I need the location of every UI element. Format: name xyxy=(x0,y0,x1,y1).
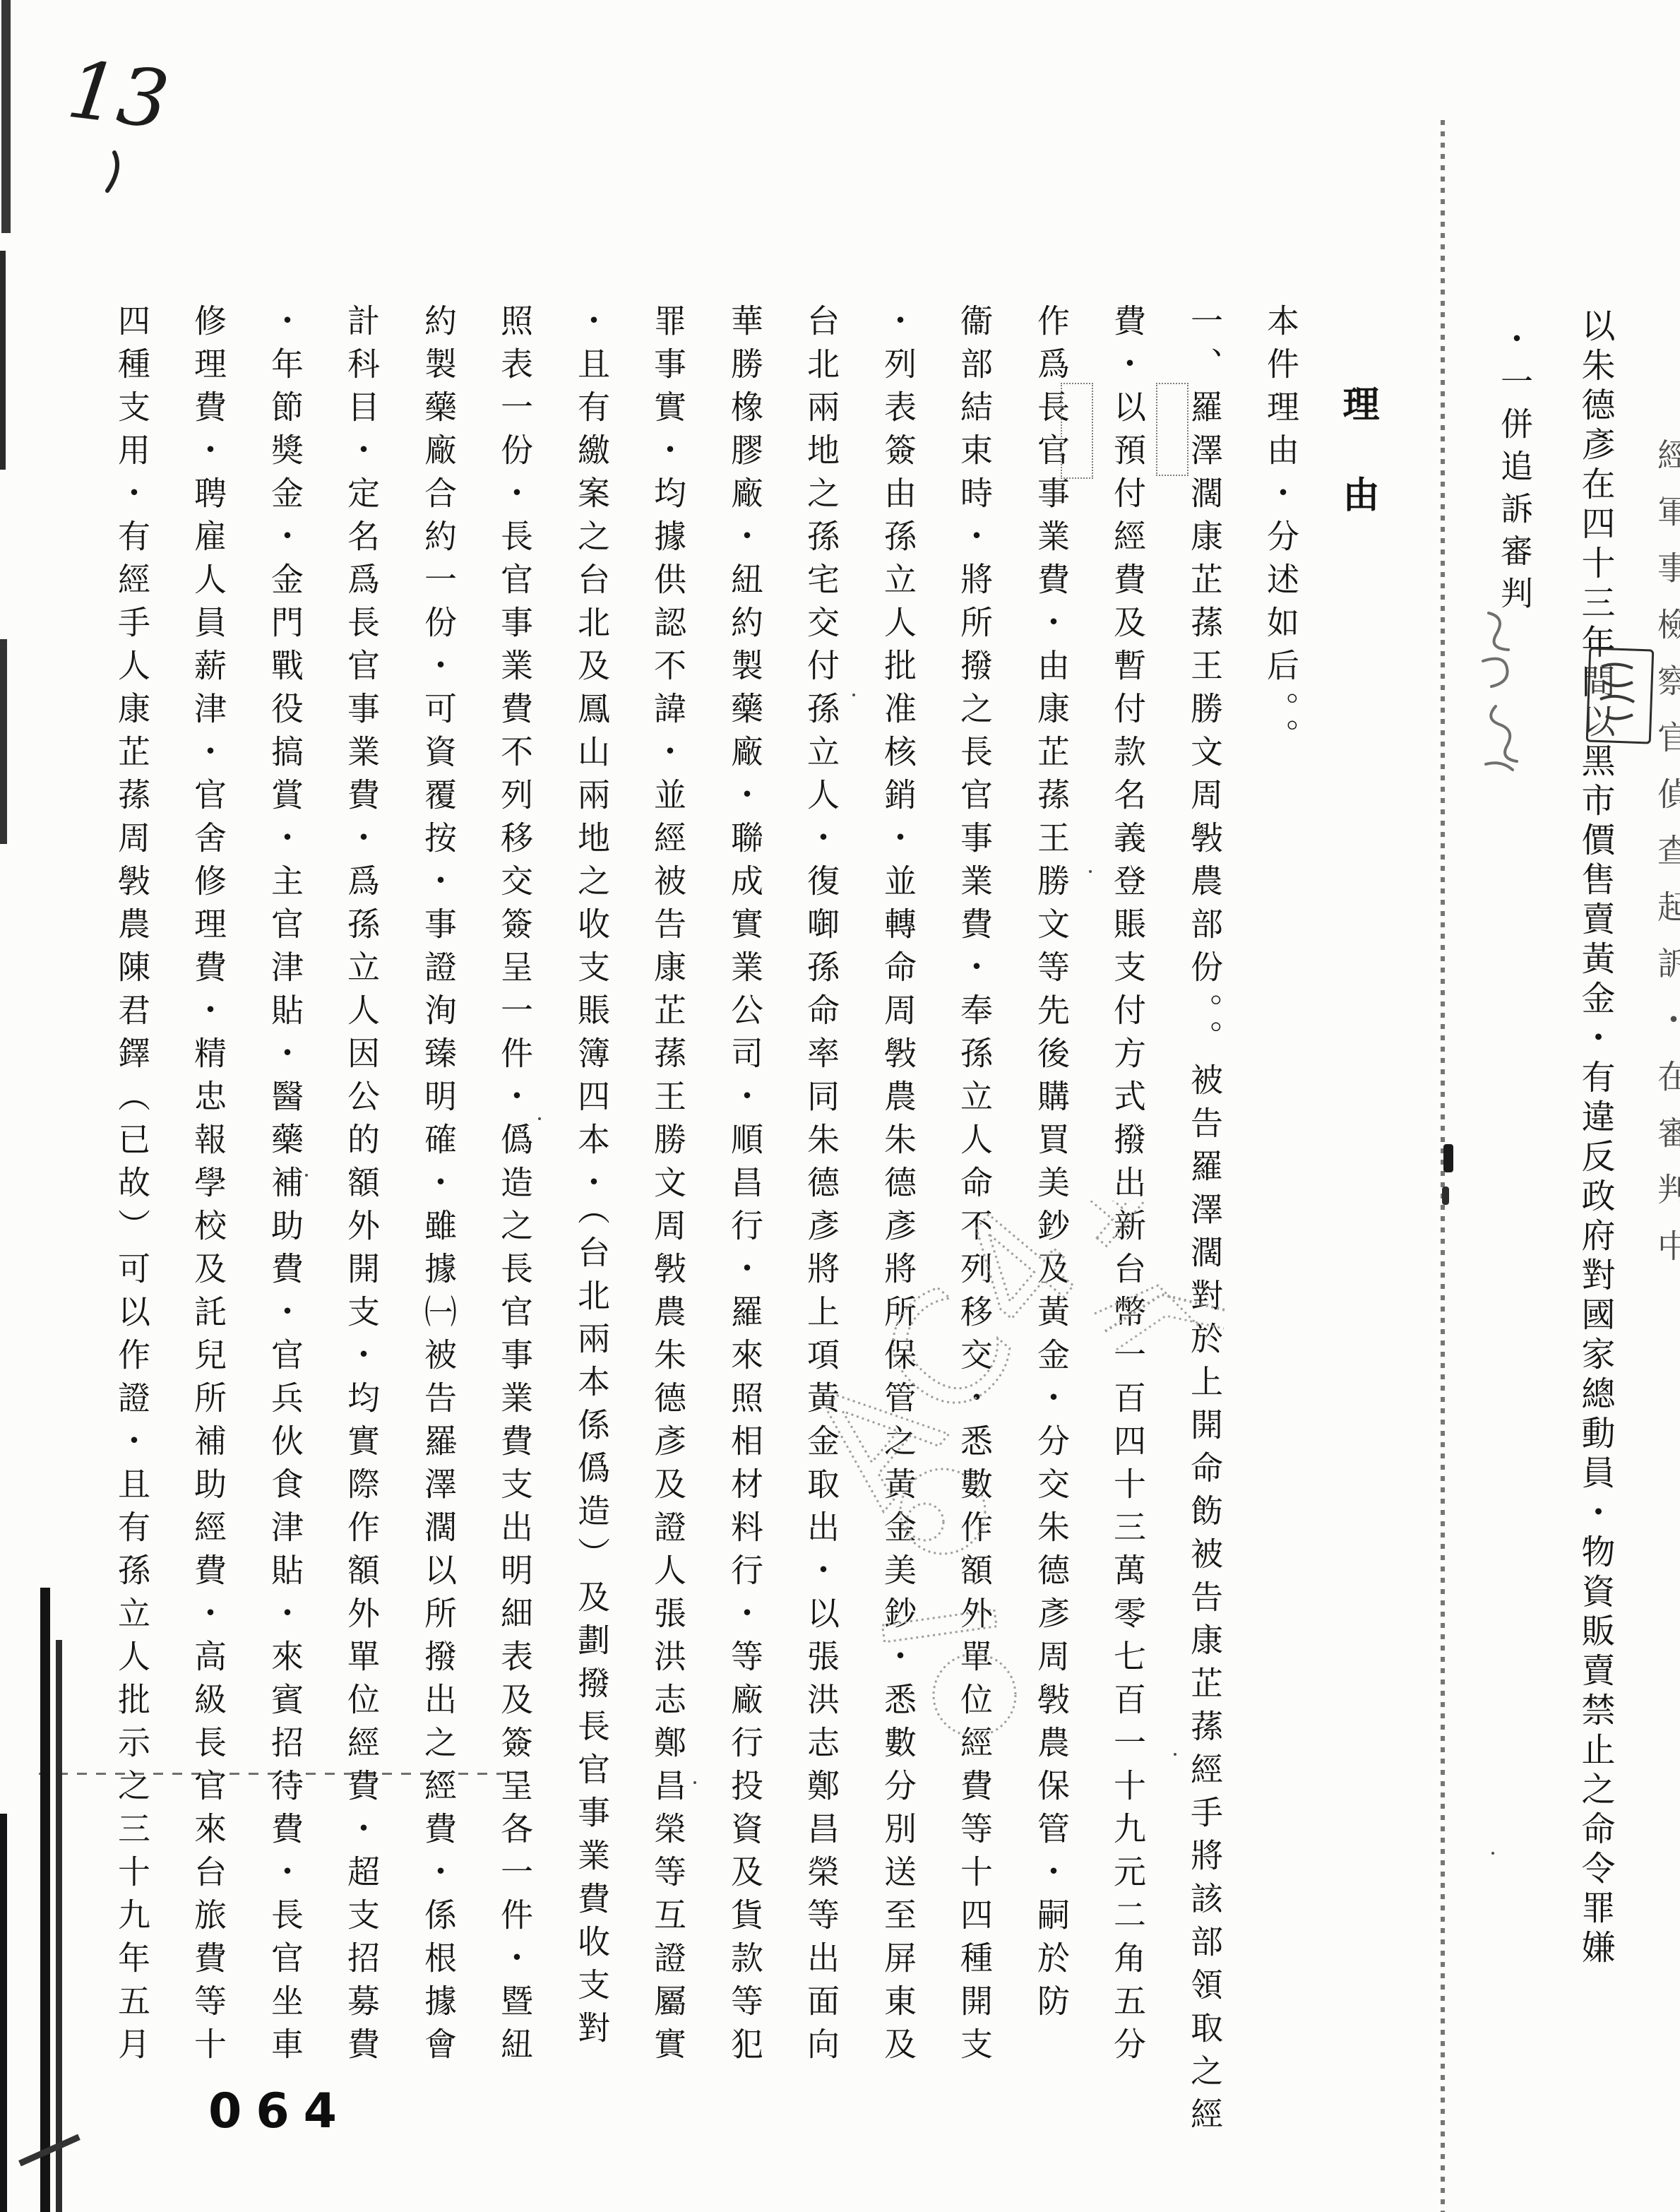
body-column-12: 約製藥廠合約一份・可資覆按・事證洵臻明確・雖據㈠被告羅澤濶以所撥出之經費・係根據… xyxy=(421,304,462,2070)
body-column-11: 照表一份・長官事業費不列移交簽呈一件・僞造之長官事業費支出明細表及簽呈各一件・暨… xyxy=(497,304,538,2070)
scan-artifact-bottom-1 xyxy=(40,1588,50,2212)
appended-note-column: ・一併追訴審判 xyxy=(1499,322,1538,619)
body-column-7: 台北兩地之孫宅交付孫立人・復啣孫命率同朱德彥將上項黃金取出・以張洪志鄭昌榮等出面… xyxy=(804,304,845,2070)
speck xyxy=(305,1174,308,1177)
scan-artifact-left-2 xyxy=(0,251,6,470)
speck xyxy=(1089,870,1092,873)
scan-artifact-top-left xyxy=(1,0,11,233)
speck xyxy=(1174,1753,1176,1756)
speck xyxy=(1491,1852,1494,1855)
body-column-15: 修理費・聘雇人員薪津・官舍修理費・精忠報學校及託兒所補助經費・高級長官來台旅費等… xyxy=(191,304,232,2070)
charge-note-column: 以朱德彥在四十三年間以黑市價售賣黃金・有違反政府對國家總動員・物資販賣禁止之命令… xyxy=(1579,308,1620,1969)
page-number: 064 xyxy=(208,2083,351,2139)
handwritten-note: 13 xyxy=(63,44,174,147)
speck xyxy=(453,1442,456,1445)
body-column-10: ・且有繳案之台北及鳳山兩地之收支賬簿四本・（台北兩本係僞造）及劃撥長官事業費收支… xyxy=(574,304,615,2054)
scan-artifact-bottom-2 xyxy=(56,1640,62,2212)
body-column-5: 衞部結束時・將所撥之長官事業費・奉孫立人命不列移交・悉數作額外單位經費等十四種開… xyxy=(957,304,998,2070)
body-column-1: 本件理由・分述如后。。 xyxy=(1263,304,1304,761)
speck xyxy=(852,694,855,696)
body-column-9: 罪事實・均據供認不諱・並經被告康芷蓀王勝文周斅農朱德彥及證人張洪志鄭昌榮等互證屬… xyxy=(650,304,691,2070)
fold-ink-blot-2 xyxy=(1442,1187,1449,1205)
body-column-13: 計科目・定名爲長官事業費・爲孫立人因公的額外開支・均實際作額外單位經費・超支招募… xyxy=(344,304,385,2070)
stamp-outline-fragment-2 xyxy=(1156,383,1188,476)
handwritten-flourish xyxy=(99,148,141,198)
svg-text:AC41: AC41 xyxy=(775,1201,1190,1536)
archive-watermark-chevron xyxy=(1098,1282,1232,1367)
body-column-14: ・年節獎金・金門戰役搞賞・主官津貼・醫藥補助費・官兵伙食津貼・來賓招待費・長官坐… xyxy=(268,304,309,2070)
body-column-6: ・列表簽由孫立人批准核銷・並轉命周斅農朱德彥將所保管之黃金美鈔・悉數分別送至屏東… xyxy=(881,304,922,2070)
stamp-outline-fragment-1 xyxy=(1061,383,1093,479)
ink-stamp-marks xyxy=(1593,655,1644,733)
scan-artifact-left-3 xyxy=(0,639,7,844)
speck xyxy=(693,1781,696,1784)
scanned-judgment-page: { "document": { "handwritten_note": "13"… xyxy=(0,0,1680,2212)
fold-ink-blot xyxy=(1443,1144,1453,1172)
body-column-16: 四種支用・有經手人康芷蓀周斅農陳君鐸（已故）可以作證・且有孫立人批示之三十九年五… xyxy=(114,304,155,2070)
body-column-8: 華勝橡膠廠・紐約製藥廠・聯成實業公司・順昌行・羅來照相材料行・等廠行投資及貨款等… xyxy=(727,304,768,2070)
scan-artifact-bottom-edge xyxy=(0,1814,7,2212)
edge-cutoff-column: 經軍事檢察官偵查起訴・在審判中 xyxy=(1654,438,1680,1285)
body-column-3: 費・以預付經費及暫付款名義登賬支付方式撥出新台幣一百四十三萬零七百一十九元二角五… xyxy=(1110,304,1151,2070)
section-heading: 理 由 xyxy=(1339,385,1384,521)
pencil-annotation xyxy=(1467,600,1545,791)
speck xyxy=(538,1117,541,1120)
